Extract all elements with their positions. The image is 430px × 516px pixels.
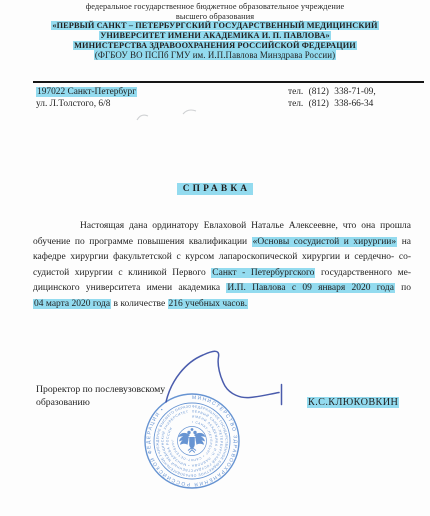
highlighted-text: УНИВЕРСИТЕТ ИМЕНИ АКАДЕМИКА И. П. ПАВЛОВ… [99,31,331,40]
letterhead-line: федеральное государственное бюджетное об… [0,2,430,12]
body-line: судистой хирургии с клиникой Первого Сан… [33,266,411,282]
eagle-emblem-icon [179,428,206,452]
text-segment: Настоящая дана ординатору Евлаховой Ната… [33,221,411,231]
svg-text:ИМЕНИ АКАДЕМИКА И.П. ПАВЛОВА •: ИМЕНИ АКАДЕМИКА И.П. ПАВЛОВА • МИНЗДРАВА… [165,414,218,467]
text-segment: федеральное государственное бюджетное об… [86,2,345,11]
highlighted-text: «ПЕРВЫЙ САНКТ – ПЕТЕРБУРГСКИЙ ГОСУДАРСТВ… [51,21,378,30]
text-segment: судистой хирургии с клиникой Первого [33,268,211,278]
address-line: 197022 Санкт-Петербург [36,86,137,98]
letterhead-line: «ПЕРВЫЙ САНКТ – ПЕТЕРБУРГСКИЙ ГОСУДАРСТВ… [0,21,430,31]
highlighted-text: 216 учебных часов. [168,299,249,309]
body-line: Настоящая дана ординатору Евлаховой Ната… [33,219,411,235]
letterhead-header: федеральное государственное бюджетное об… [0,2,430,60]
svg-text:ПЕРВЫЙ САНКТ-ПЕТЕРБУРГСКИЙ ГОС: ПЕРВЫЙ САНКТ-ПЕТЕРБУРГСКИЙ ГОСУДАРСТВЕНН… [160,409,223,472]
signer-name-text: К.С.КЛЮКОВКИН [307,397,399,408]
highlighted-text: «Основы сосудистой и хирургии» [252,237,397,247]
signer-name: К.С.КЛЮКОВКИН [307,397,399,408]
text-segment: обучение по программе повышения квалифик… [33,237,252,247]
pencil-marks [137,110,196,120]
highlighted-text: И.П. Павлова с 09 января 2020 года [226,283,395,293]
svg-text:• САНКТ-ПЕТЕРБУРГ • САНКТ-ПЕТЕ: • САНКТ-ПЕТЕРБУРГ • САНКТ-ПЕТЕРБУРГ [171,420,213,462]
signer-role-line: образованию [36,396,165,409]
text-segment: по [395,283,411,293]
document-title: СПРАВКА [0,178,430,196]
stamp-ring-text: ПЕРВЫЙ САНКТ-ПЕТЕРБУРГСКИЙ ГОСУДАРСТВЕНН… [160,409,223,472]
certificate-document: федеральное государственное бюджетное об… [0,0,430,516]
text-segment: в количестве [111,299,167,309]
document-title-text: СПРАВКА [177,183,254,195]
highlighted-text: Санкт - Петербургского [211,268,315,278]
letterhead-line: высшего образования [0,12,430,22]
horizontal-rule [33,81,424,83]
phone-line: тел. (812) 338-66-34 [288,98,376,110]
text-segment: дицинского университета имени академика [33,283,226,293]
letterhead-line: (ФГБОУ ВО ПСПб ГМУ им. И.П.Павлова Минзд… [0,51,430,61]
highlighted-text: 197022 Санкт-Петербург [36,87,137,97]
stamp-ring-text: ФЕДЕРАЛЬНОЕ ГОСУДАРСТВЕННОЕ БЮДЖЕТНОЕ ОБ… [155,404,228,477]
address-block: 197022 Санкт-Петербургул. Л.Толстого, 6/… [36,86,137,111]
svg-text:ФЕДЕРАЛЬНОЕ ГОСУДАРСТВЕННОЕ БЮ: ФЕДЕРАЛЬНОЕ ГОСУДАРСТВЕННОЕ БЮДЖЕТНОЕ ОБ… [155,404,228,477]
highlighted-text: (ФГБОУ ВО ПСПб ГМУ им. И.П.Павлова Минзд… [94,50,336,60]
phone-line: тел. (812) 338-71-09, [288,86,376,98]
text-segment: высшего образования [176,12,254,21]
phone-block: тел. (812) 338-71-09,тел. (812) 338-66-3… [288,86,376,111]
text-segment: кафедре хирургии факультетской с курсом … [33,252,411,262]
text-segment: тел. (812) 338-66-34 [288,99,373,109]
body-line: 04 марта 2020 года в количестве 216 учеб… [33,297,411,313]
body-line: обучение по программе повышения квалифик… [33,235,411,251]
stamp-ring-text: ИМЕНИ АКАДЕМИКА И.П. ПАВЛОВА • МИНЗДРАВА… [165,414,218,467]
signature-stroke [166,351,282,404]
body-paragraph: Настоящая дана ординатору Евлаховой Ната… [33,219,411,313]
highlighted-text: 04 марта 2020 года [33,299,111,309]
body-line: дицинского университета имени академика … [33,281,411,297]
text-segment: тел. (812) 338-71-09, [288,87,376,97]
signer-role-line: Проректор по послевузовскому [36,383,165,396]
highlighted-text: МИНИСТЕРСТВА ЗДРАВООХРАНЕНИЯ РОССИЙСКОЙ … [73,41,357,50]
letterhead-line: УНИВЕРСИТЕТ ИМЕНИ АКАДЕМИКА И. П. ПАВЛОВ… [0,31,430,41]
body-line: кафедре хирургии факультетской с курсом … [33,250,411,266]
text-segment: государственного ме- [315,268,411,278]
signer-role: Проректор по послевузовскому образованию [36,383,165,409]
address-line: ул. Л.Толстого, 6/8 [36,98,137,110]
text-segment: ул. Л.Толстого, 6/8 [36,99,110,109]
stamp-ring-text: • САНКТ-ПЕТЕРБУРГ • САНКТ-ПЕТЕРБУРГ [171,420,213,462]
text-segment: на [397,237,411,247]
